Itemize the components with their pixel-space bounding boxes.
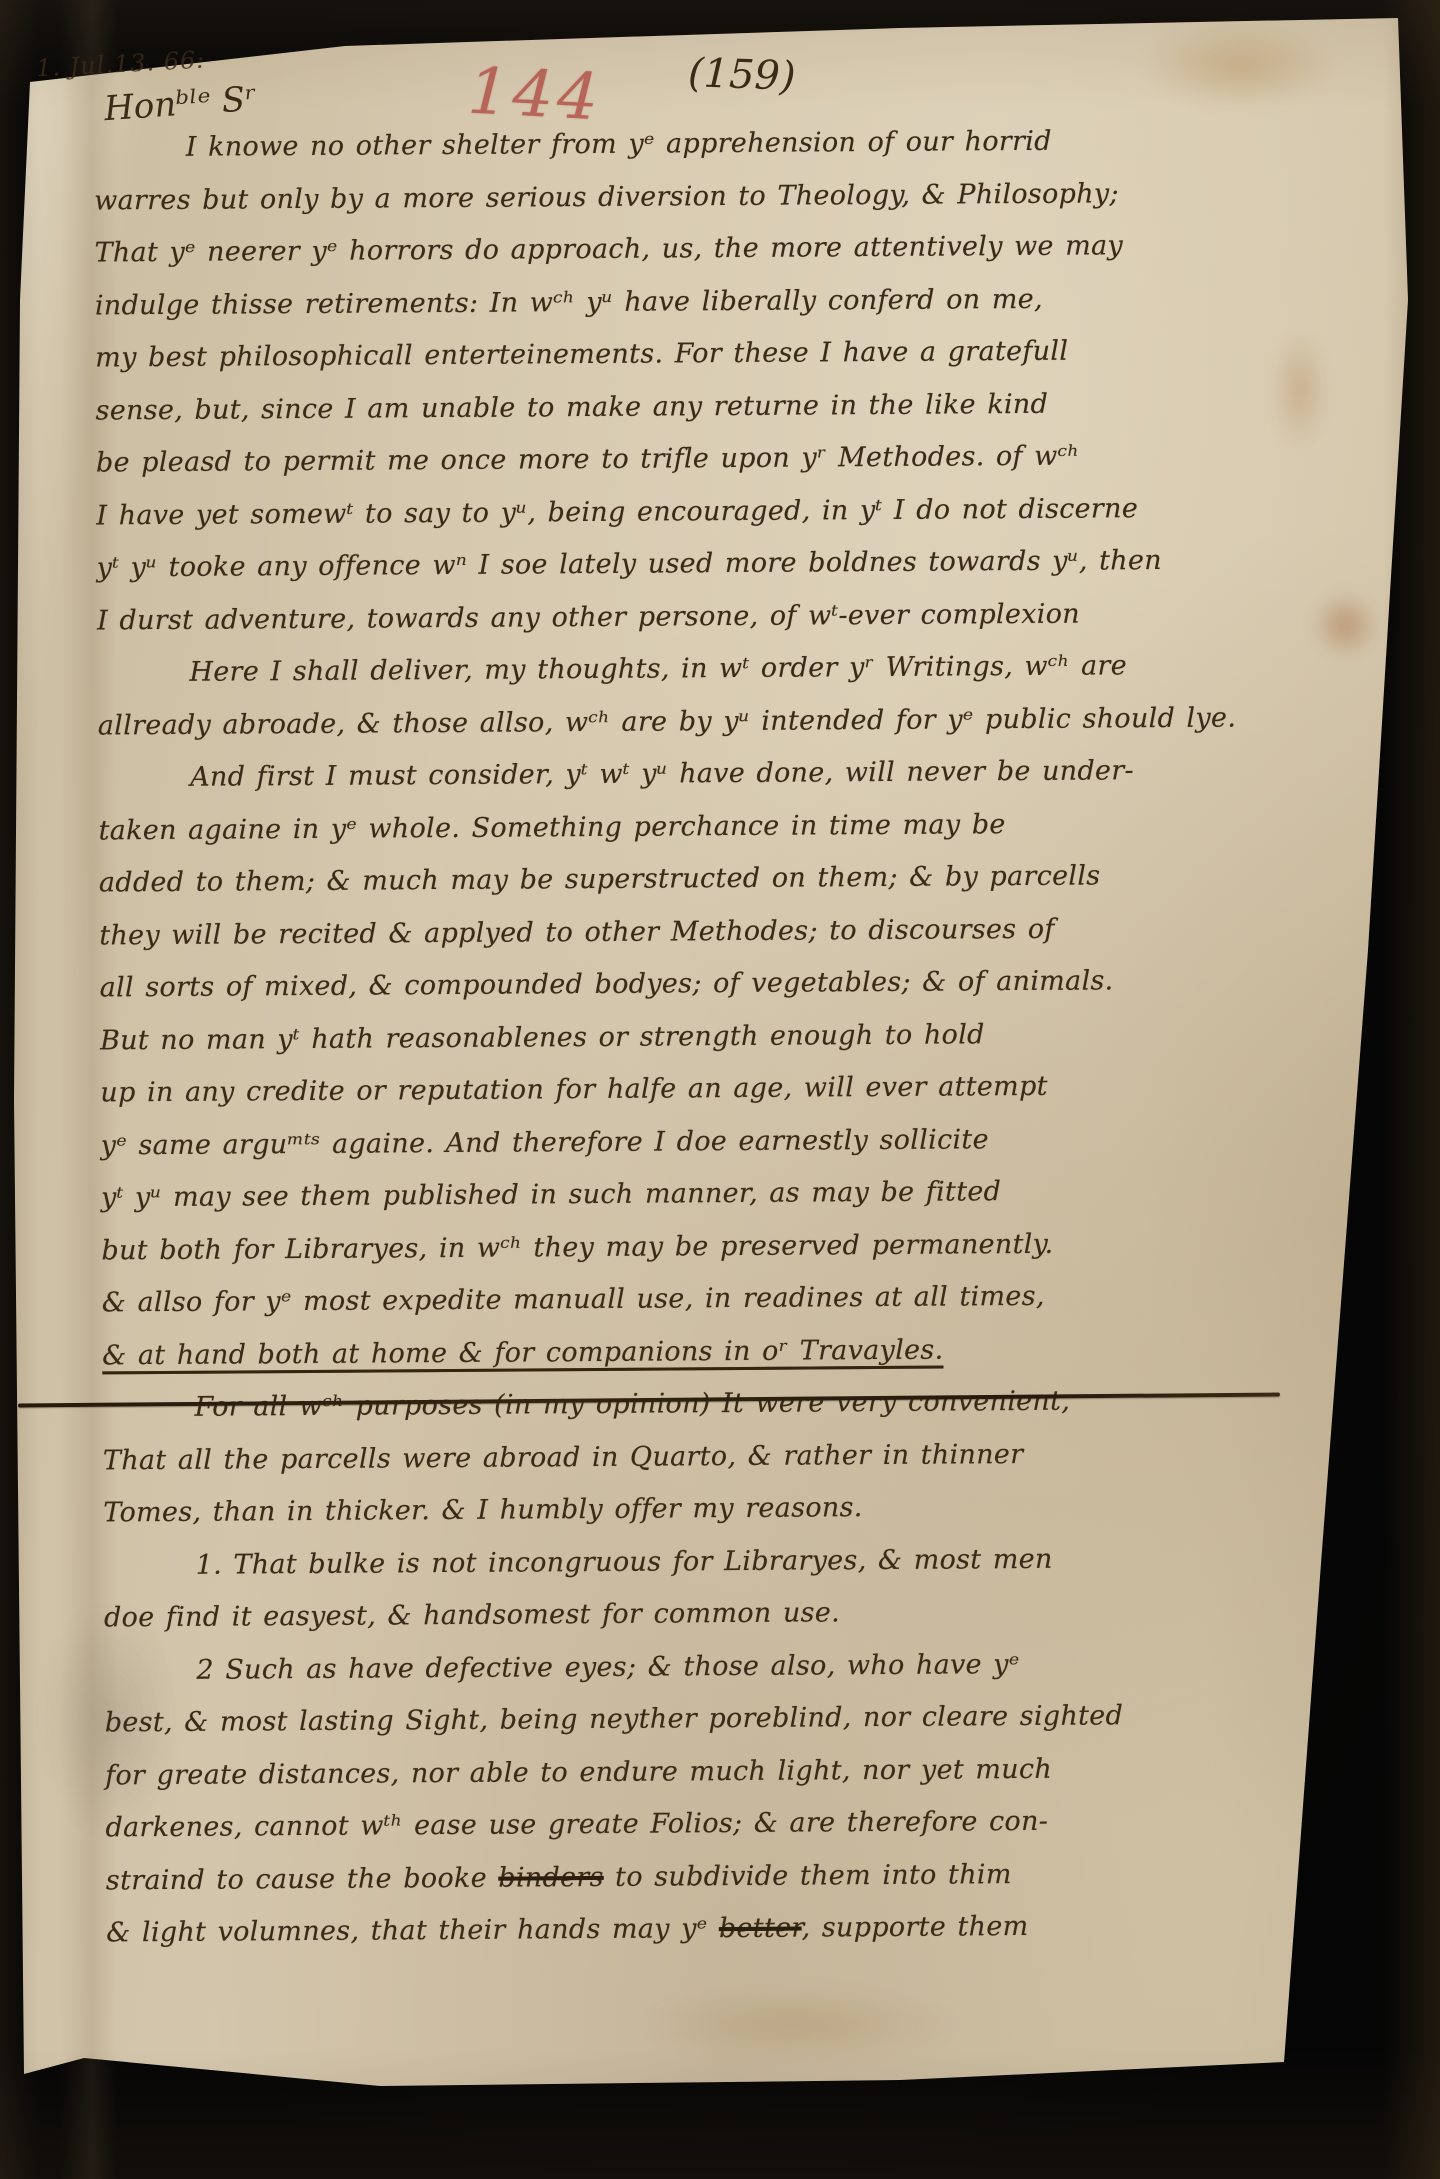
- manuscript-line: But no man yᵗ hath reasonablenes or stre…: [100, 1006, 1370, 1067]
- manuscript-line: That yᵉ neerer yᵉ horrors do approach, u…: [94, 219, 1364, 280]
- manuscript-line: allready abroade, & those allso, wᶜʰ are…: [98, 691, 1368, 752]
- line-text: & light volumnes, that their hands may y…: [106, 1913, 719, 1948]
- manuscript-line: & light volumnes, that their hands may y…: [106, 1899, 1376, 1960]
- manuscript-line: yᵗ yᵘ tooke any offence wⁿ I soe lately …: [97, 534, 1367, 595]
- manuscript-line: for greate distances, nor able to endure…: [105, 1741, 1375, 1802]
- struck-word: binders: [498, 1861, 604, 1893]
- manuscript-line: Tomes, than in thicker. & I humbly offer…: [103, 1479, 1373, 1540]
- manuscript-line: straind to cause the booke binders to su…: [106, 1846, 1376, 1907]
- manuscript-line: yᵉ same arguᵐᵗˢ againe. And therefore I …: [101, 1111, 1371, 1172]
- letter-body: I knowe no other shelter from yᵉ apprehe…: [94, 114, 1377, 1960]
- manuscript-line: taken againe in yᵉ whole. Something perc…: [98, 796, 1368, 857]
- manuscript-line: all sorts of mixed, & compounded bodyes;…: [99, 954, 1369, 1015]
- manuscript-line: Here I shall deliver, my thoughts, in wᵗ…: [97, 639, 1367, 700]
- manuscript-line: be pleasd to permit me once more to trif…: [96, 429, 1366, 490]
- manuscript-line: & at hand both at home & for companions …: [102, 1321, 1372, 1382]
- manuscript-line: my best philosophicall enterteinements. …: [95, 324, 1365, 385]
- manuscript-line: added to them; & much may be superstruct…: [99, 849, 1369, 910]
- manuscript-line: I have yet somewᵗ to say to yᵘ, being en…: [96, 481, 1366, 542]
- struck-word: better: [719, 1913, 802, 1945]
- page-number: (159): [687, 50, 796, 100]
- line-text: to subdivide them into thim: [604, 1859, 1012, 1893]
- manuscript-line: sense, but, since I am unable to make an…: [95, 376, 1365, 437]
- manuscript-line: 1. That bulke is not incongruous for Lib…: [103, 1531, 1373, 1592]
- manuscript-line: & allso for yᵉ most expedite manuall use…: [102, 1269, 1372, 1330]
- manuscript-line: warres but only by a more serious divers…: [94, 166, 1364, 227]
- manuscript-line: darkenes, cannot wᵗʰ ease use greate Fol…: [105, 1794, 1375, 1855]
- line-text: , supporte them: [801, 1911, 1028, 1944]
- manuscript-line: but both for Libraryes, in wᶜʰ they may …: [101, 1216, 1371, 1277]
- manuscript-line: best, & most lasting Sight, being neythe…: [105, 1689, 1375, 1750]
- manuscript-line: I knowe no other shelter from yᵉ apprehe…: [94, 114, 1364, 175]
- line-text: straind to cause the booke: [106, 1862, 499, 1896]
- manuscript-line: That all the parcells were abroad in Qua…: [103, 1426, 1373, 1487]
- manuscript-line: 2 Such as have defective eyes; & those a…: [104, 1636, 1374, 1697]
- manuscript-line: up in any credite or reputation for half…: [100, 1059, 1370, 1120]
- manuscript-line: I durst adventure, towards any other per…: [97, 586, 1367, 647]
- manuscript-line: indulge thisse retirements: In wᶜʰ yᵘ ha…: [95, 271, 1365, 332]
- manuscript-line: yᵗ yᵘ may see them published in such man…: [101, 1164, 1371, 1225]
- manuscript-line: doe find it easyest, & handsomest for co…: [104, 1584, 1374, 1645]
- manuscript-line: they will be recited & applyed to other …: [99, 901, 1369, 962]
- manuscript-line: And first I must consider, yᵗ wᵗ yᵘ have…: [98, 744, 1368, 805]
